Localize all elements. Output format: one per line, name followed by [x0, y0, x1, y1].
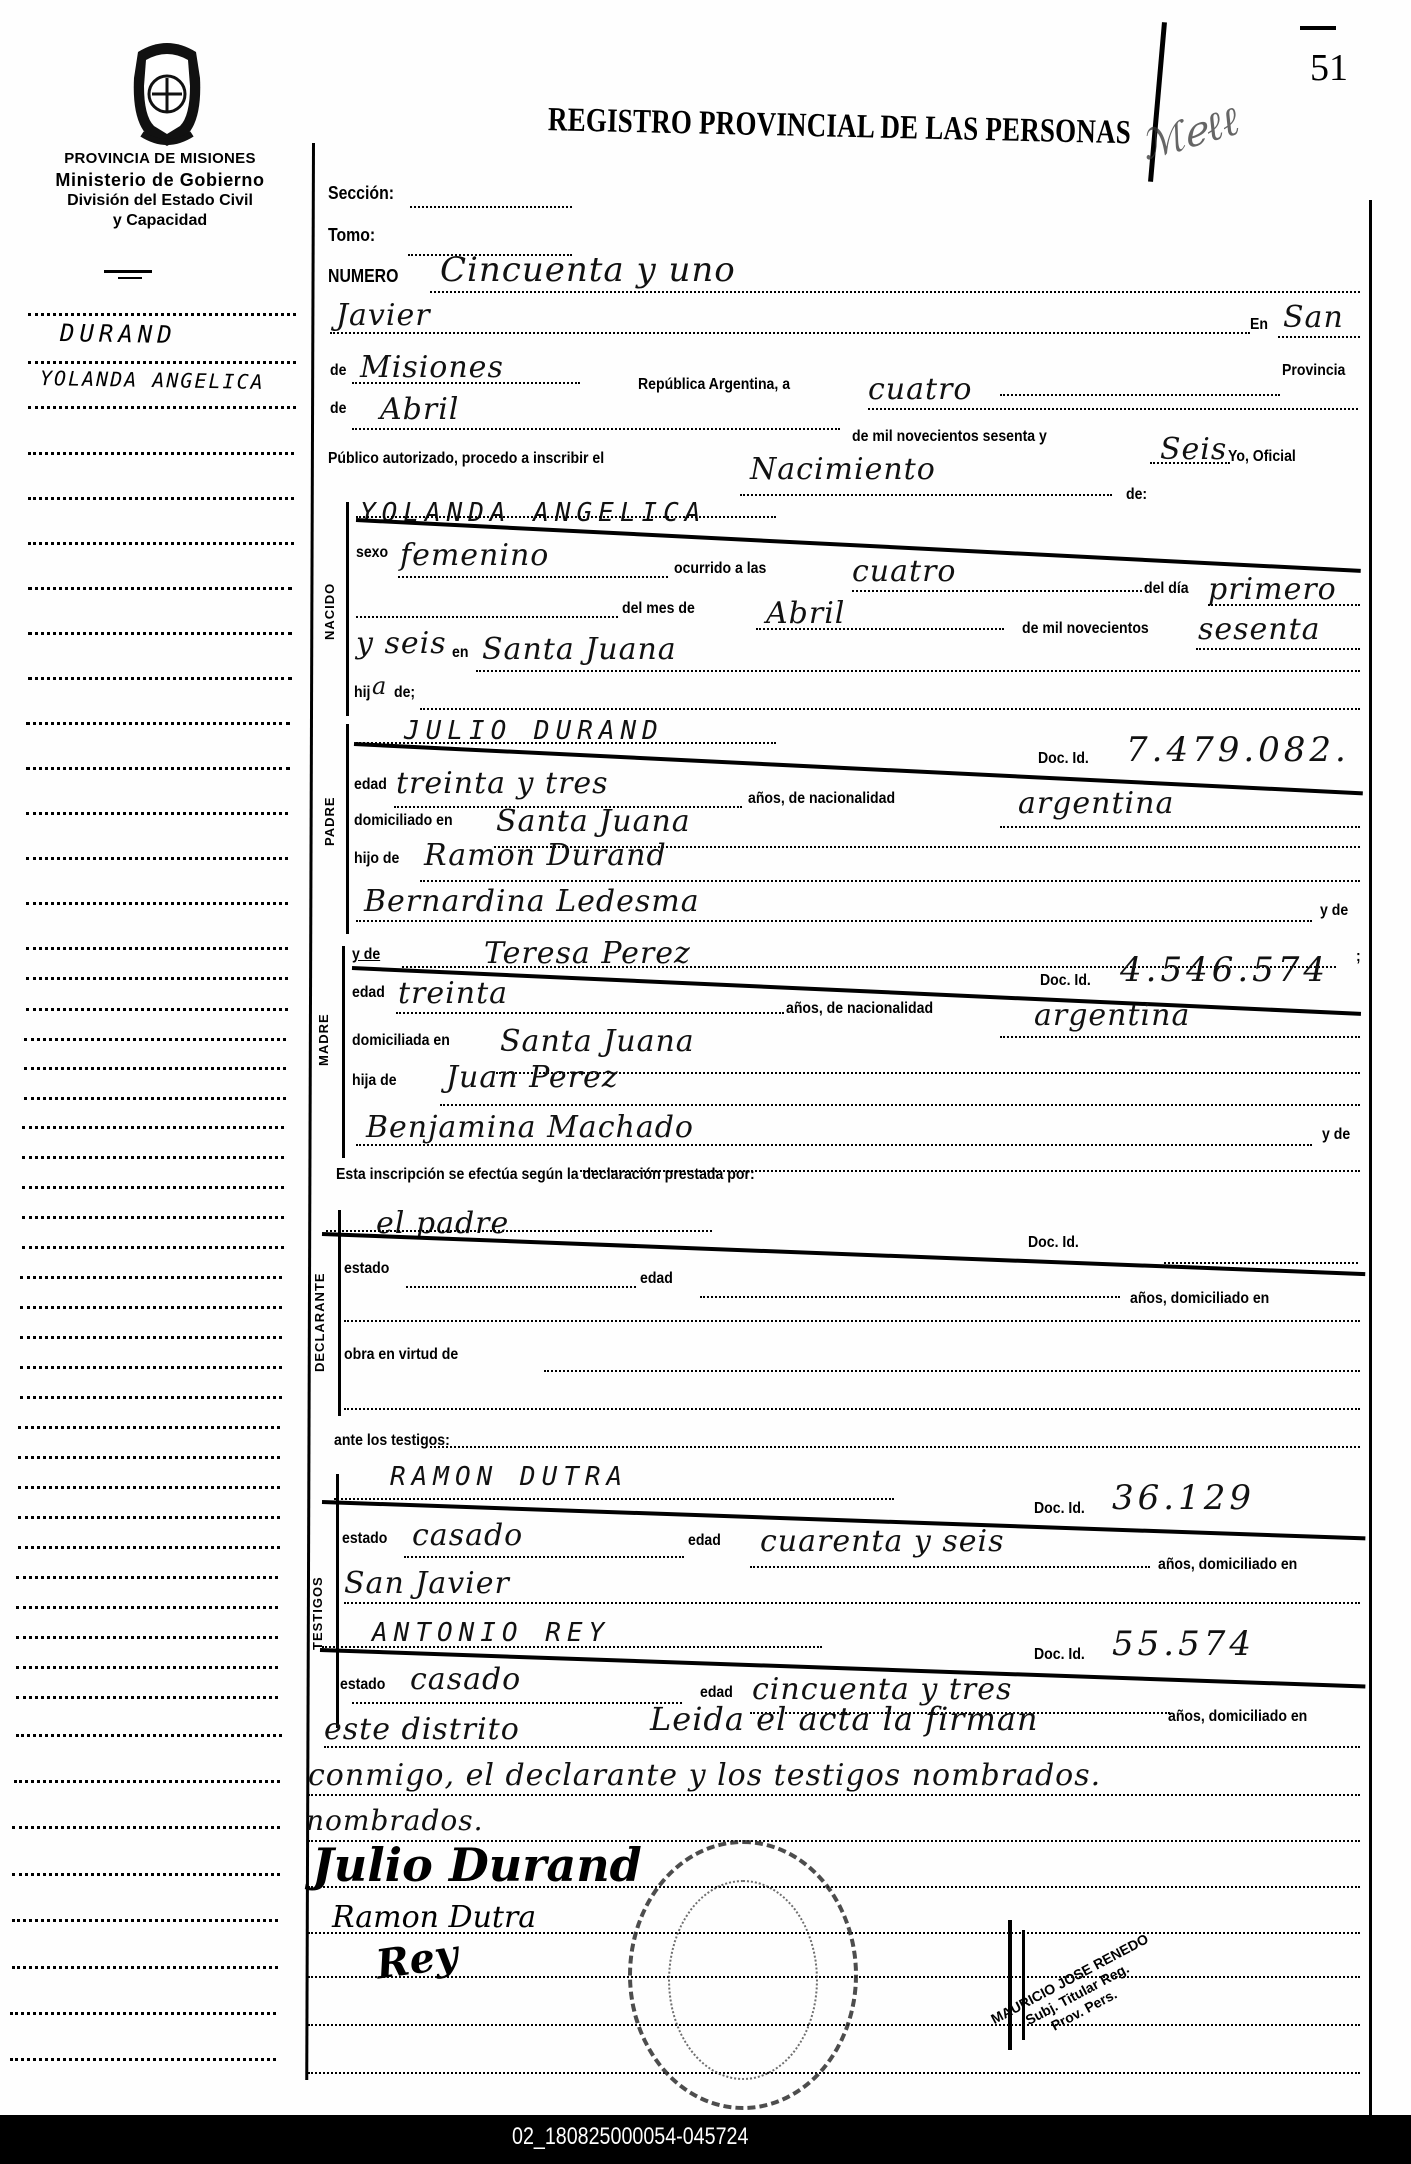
witness1-domicilio-field[interactable] [344, 1602, 1360, 1604]
testigos-intro-line [430, 1446, 1360, 1448]
year-field-nacido[interactable] [1196, 648, 1360, 650]
padre-mother-field[interactable] [356, 920, 1312, 922]
dia-label: del día [1144, 580, 1189, 598]
padre-father-field[interactable] [420, 880, 1360, 882]
birth-certificate-page: PROVINCIA DE MISIONES Ministerio de Gobi… [0, 0, 1411, 2115]
margin-line [18, 1516, 280, 1519]
margin-line [28, 452, 294, 455]
witness2-estado-value: casado [410, 1662, 521, 1697]
margin-line [20, 1396, 282, 1399]
ocurrido-label: ocurrido a las [674, 560, 766, 578]
margin-line [28, 361, 296, 364]
witness2-name-value: ANTONIO REY [372, 1618, 610, 1648]
de3-label: de: [1126, 486, 1147, 504]
margin-given-names: YOLANDA ANGELICA [40, 366, 265, 394]
en-label: En [1250, 316, 1268, 334]
padre-name-field[interactable] [356, 742, 776, 744]
padre-nacionalidad-field[interactable] [1000, 826, 1360, 828]
signature-julio-durand: Julio Durand [312, 1838, 642, 1892]
margin-line [24, 1038, 286, 1041]
padre-hijo-label: hijo de [354, 850, 399, 868]
madre-nacionalidad-value: argentina [1034, 998, 1190, 1033]
madre-father-field[interactable] [440, 1104, 1360, 1106]
padre-edad-label: edad [354, 776, 387, 794]
coat-of-arms-icon [128, 38, 206, 150]
hour-value: cuatro [852, 554, 956, 589]
declarante-edad-label: edad [640, 1270, 673, 1288]
org-divider-small [118, 277, 142, 279]
tomo-label: Tomo: [328, 225, 375, 246]
act-field[interactable] [740, 494, 1112, 496]
madre-mother-value: Benjamina Machado [366, 1110, 694, 1145]
nacido-name-field[interactable] [356, 516, 776, 518]
declarante-obra-field-2[interactable] [344, 1408, 1360, 1410]
org-divider [104, 270, 152, 273]
margin-line [10, 2058, 276, 2061]
margin-line [22, 1126, 284, 1129]
city-line[interactable] [330, 332, 1250, 334]
padre-mother-value: Bernardina Ledesma [364, 884, 700, 919]
padre-nacionalidad-value: argentina [1018, 786, 1174, 821]
official-initials: ℳℯℓℓ [1135, 97, 1244, 170]
witness1-name-value: RAMON DUTRA [390, 1462, 628, 1492]
declarante-divider [322, 1232, 1365, 1276]
declarante-domicilio-field[interactable] [344, 1320, 1360, 1322]
year-field[interactable] [1150, 462, 1230, 464]
margin-line [12, 1826, 280, 1829]
margin-line [28, 313, 296, 316]
padre-doc-label: Doc. Id. [1038, 750, 1089, 768]
mes-label: del mes de [622, 600, 695, 618]
provincia-label: Provincia [1282, 362, 1345, 380]
folio-dash [1300, 26, 1336, 30]
witness2-doc-label: Doc. Id. [1034, 1646, 1085, 1664]
padre-domicilio-value: Santa Juana [496, 804, 691, 839]
margin-line [18, 1486, 280, 1489]
madre-section-label: MADRE [316, 1013, 331, 1066]
declarante-doc-label: Doc. Id. [1028, 1234, 1079, 1252]
year-value-nacido-1: sesenta [1198, 612, 1321, 647]
year-label-nacido: de mil novecientos [1022, 620, 1149, 638]
numero-value: Cincuenta y uno [440, 250, 736, 290]
margin-line [28, 406, 296, 409]
org-ministry: Ministerio de Gobierno [20, 169, 300, 192]
witness1-estado-value: casado [412, 1518, 523, 1553]
place-field[interactable] [476, 670, 1360, 672]
madre-mother-field[interactable] [356, 1144, 1312, 1146]
margin-line [22, 1216, 284, 1219]
madre-bracket [342, 946, 345, 1158]
de-label: de [330, 362, 346, 380]
margin-line [28, 587, 292, 590]
issuing-organization: PROVINCIA DE MISIONES Ministerio de Gobi… [20, 150, 300, 231]
testigos-bracket [336, 1474, 339, 1728]
witness1-edad-value: cuarenta y seis [760, 1524, 1005, 1559]
witness1-domicilio-label: años, domiciliado en [1158, 1556, 1297, 1574]
madre-edad-field[interactable] [396, 1012, 784, 1014]
margin-line [24, 1097, 286, 1100]
org-division: División del Estado Civil [20, 191, 300, 211]
day-field-nacido[interactable] [1208, 604, 1360, 606]
margin-line [26, 902, 288, 905]
witness2-name-field[interactable] [322, 1646, 822, 1648]
madre-domicilio-value: Santa Juana [500, 1024, 695, 1059]
declarante-estado-field[interactable] [406, 1286, 636, 1288]
declarante-intro: Esta inscripción se efectúa según la dec… [336, 1166, 755, 1184]
madre-edad-value: treinta [398, 976, 508, 1011]
margin-surname: DURAND [60, 319, 177, 349]
margin-line [26, 767, 290, 770]
madre-semicolon: ; [1356, 948, 1361, 966]
witness2-estado-label: estado [340, 1676, 385, 1694]
madre-hija-label: hija de [352, 1072, 397, 1090]
margin-line [26, 812, 288, 815]
de2-label: de [330, 400, 346, 418]
witness1-doc-label: Doc. Id. [1034, 1500, 1085, 1518]
signature-ramon-dutra: Ramon Dutra [332, 1900, 536, 1935]
month-field-nacido[interactable] [756, 628, 1004, 630]
madre-edad-label: edad [352, 984, 385, 1002]
margin-line [16, 1696, 278, 1699]
margin-line [26, 947, 288, 950]
witness1-edad-label: edad [688, 1532, 721, 1550]
margin-line [28, 497, 294, 500]
month-value-nacido: Abril [766, 596, 845, 631]
hijo-suffix-value: a [372, 672, 387, 700]
month-value: Abril [380, 392, 459, 427]
witness1-edad-field[interactable] [750, 1566, 1150, 1568]
margin-line [18, 1426, 280, 1429]
nacido-bracket [346, 502, 349, 716]
hijo-label-nacido: hij [354, 684, 370, 702]
province-value: Misiones [360, 350, 504, 385]
margin-line [20, 1306, 282, 1309]
witness2-domicilio-label: años, domiciliado en [1168, 1708, 1307, 1726]
margin-line [26, 857, 288, 860]
declarante-obra-field[interactable] [544, 1370, 1360, 1372]
madre-domicilio-field[interactable] [496, 1072, 1360, 1074]
padre-bracket [346, 724, 349, 934]
margin-line [20, 1276, 282, 1279]
closing-field-2 [308, 1794, 1360, 1796]
day-value-nacido: primero [1208, 572, 1337, 607]
padre-doc-value: 7.479.082. [1126, 730, 1350, 770]
witness1-domicilio-value: San Javier [344, 1566, 510, 1601]
witness1-doc-value: 36.129 [1112, 1478, 1255, 1518]
padre-edad-value: treinta y tres [396, 766, 609, 801]
year-value-nacido-2: y seis [356, 626, 447, 661]
declarante-section-label: DECLARANTE [312, 1272, 327, 1372]
seccion-label: Sección: [328, 183, 394, 204]
seccion-field[interactable] [410, 206, 572, 208]
declarante-domicilio-label: años, domiciliado en [1130, 1290, 1269, 1308]
witness2-doc-value: 55.574 [1112, 1624, 1255, 1664]
padre-father-value: Ramon Durand [424, 838, 667, 873]
margin-line [10, 2012, 276, 2015]
margin-line [26, 1008, 288, 1011]
numero-label: NUMERO [328, 266, 398, 287]
witness2-domicilio-field[interactable] [324, 1746, 1360, 1748]
year-label: de mil novecientos sesenta y [852, 428, 1047, 446]
sexo-value: femenino [400, 538, 549, 573]
closing-line-2: conmigo, el declarante y los testigos no… [308, 1758, 1101, 1793]
publico-label: Público autorizado, procedo a inscribir … [328, 450, 604, 468]
day-field[interactable] [868, 408, 1358, 410]
signature-rey: Rey [373, 1931, 461, 1989]
madre-y-de-label-2: y de [1322, 1126, 1350, 1144]
sexo-label: sexo [356, 544, 388, 562]
margin-line [20, 1336, 282, 1339]
declarante-edad-field[interactable] [700, 1296, 1120, 1298]
dia-cont-field[interactable] [356, 616, 618, 618]
madre-nacionalidad-label: años, de nacionalidad [786, 1000, 933, 1018]
padre-section-label: PADRE [322, 796, 337, 846]
padre-y-de-label: y de [1320, 902, 1348, 920]
signature-line-5 [308, 2072, 1360, 2074]
city-value-1: San [1283, 300, 1344, 335]
city-field[interactable] [1278, 336, 1360, 338]
official-seal-inner [668, 1880, 818, 2080]
witness1-estado-field[interactable] [404, 1556, 684, 1558]
declarante-estado-label: estado [344, 1260, 389, 1278]
witness2-domicilio-value: este distrito [324, 1712, 520, 1747]
provincia-line [1000, 394, 1280, 396]
margin-line [22, 1186, 284, 1189]
closing-line-1: Leida el acta la firman [650, 1700, 1039, 1738]
margin-line [12, 1966, 278, 1969]
republica-label: República Argentina, a [638, 376, 790, 394]
en-label-nacido: en [452, 644, 468, 662]
margin-line [26, 722, 290, 725]
margin-line [28, 542, 294, 545]
declarante-obra-label: obra en virtud de [344, 1346, 458, 1364]
margin-line [20, 1366, 282, 1369]
madre-doc-value: 4.546.574 [1120, 950, 1329, 990]
hour-field[interactable] [852, 590, 1142, 592]
province-field[interactable] [352, 382, 580, 384]
place-value: Santa Juana [482, 632, 677, 667]
witness2-estado-field[interactable] [352, 1702, 682, 1704]
testigos-section-label: TESTIGOS [310, 1576, 325, 1650]
margin-line [26, 977, 288, 980]
margin-line [14, 1780, 280, 1783]
margin-line [16, 1734, 282, 1737]
margin-line [22, 1246, 284, 1249]
margin-line [16, 1606, 278, 1609]
declarante-bracket [338, 1210, 341, 1416]
day-value: cuatro [868, 372, 972, 407]
nacido-section-label: NACIDO [322, 583, 337, 640]
scan-id: 02_180825000054-045724 [512, 2123, 748, 2151]
margin-line [12, 1919, 278, 1922]
margin-line [28, 677, 292, 680]
madre-doc-label: Doc. Id. [1040, 972, 1091, 990]
margin-line [28, 632, 292, 635]
margin-line [16, 1666, 278, 1669]
padre-domicilio-label: domiciliado en [354, 812, 453, 830]
madre-y-de-label: y de [352, 946, 380, 964]
margin-line [22, 1156, 284, 1159]
margin-line [16, 1636, 278, 1639]
folio-number: 51 [1310, 46, 1348, 90]
padre-nacionalidad-label: años, de nacionalidad [748, 790, 895, 808]
registrar-title: Subj. Titular Reg. [996, 1945, 1159, 2042]
sexo-field[interactable] [398, 576, 668, 578]
margin-line [24, 1067, 286, 1070]
month-field[interactable] [352, 428, 840, 430]
city-value-2: Javier [336, 298, 431, 333]
margin-line [18, 1546, 280, 1549]
yo-oficial-label: Yo, Oficial [1228, 448, 1296, 466]
declarante-doc-field[interactable] [1164, 1262, 1358, 1264]
de-label-nacido: de; [394, 684, 415, 702]
margin-line [16, 1576, 278, 1579]
right-border [1369, 200, 1372, 2115]
witness1-name-field[interactable] [334, 1498, 894, 1500]
declarante-name-field[interactable] [326, 1230, 712, 1232]
madre-domicilio-label: domiciliada en [352, 1032, 450, 1050]
numero-field[interactable] [430, 291, 1360, 293]
madre-father-value: Juan Perez [446, 1060, 619, 1095]
org-province: PROVINCIA DE MISIONES [20, 150, 300, 169]
witness1-estado-label: estado [342, 1530, 387, 1548]
act-value: Nacimiento [750, 452, 936, 487]
margin-line [12, 1873, 280, 1876]
margin-line [18, 1456, 280, 1459]
org-capacity: y Capacidad [20, 211, 300, 231]
registrar-stamp: MAURICIO JOSE RENEDO Subj. Titular Reg. … [988, 1930, 1167, 2057]
document-title: REGISTRO PROVINCIAL DE LAS PERSONAS [548, 100, 1132, 152]
hijo-field[interactable] [420, 708, 1360, 710]
madre-nacionalidad-field[interactable] [1000, 1036, 1360, 1038]
closing-line-3: nombrados. [306, 1804, 484, 1837]
